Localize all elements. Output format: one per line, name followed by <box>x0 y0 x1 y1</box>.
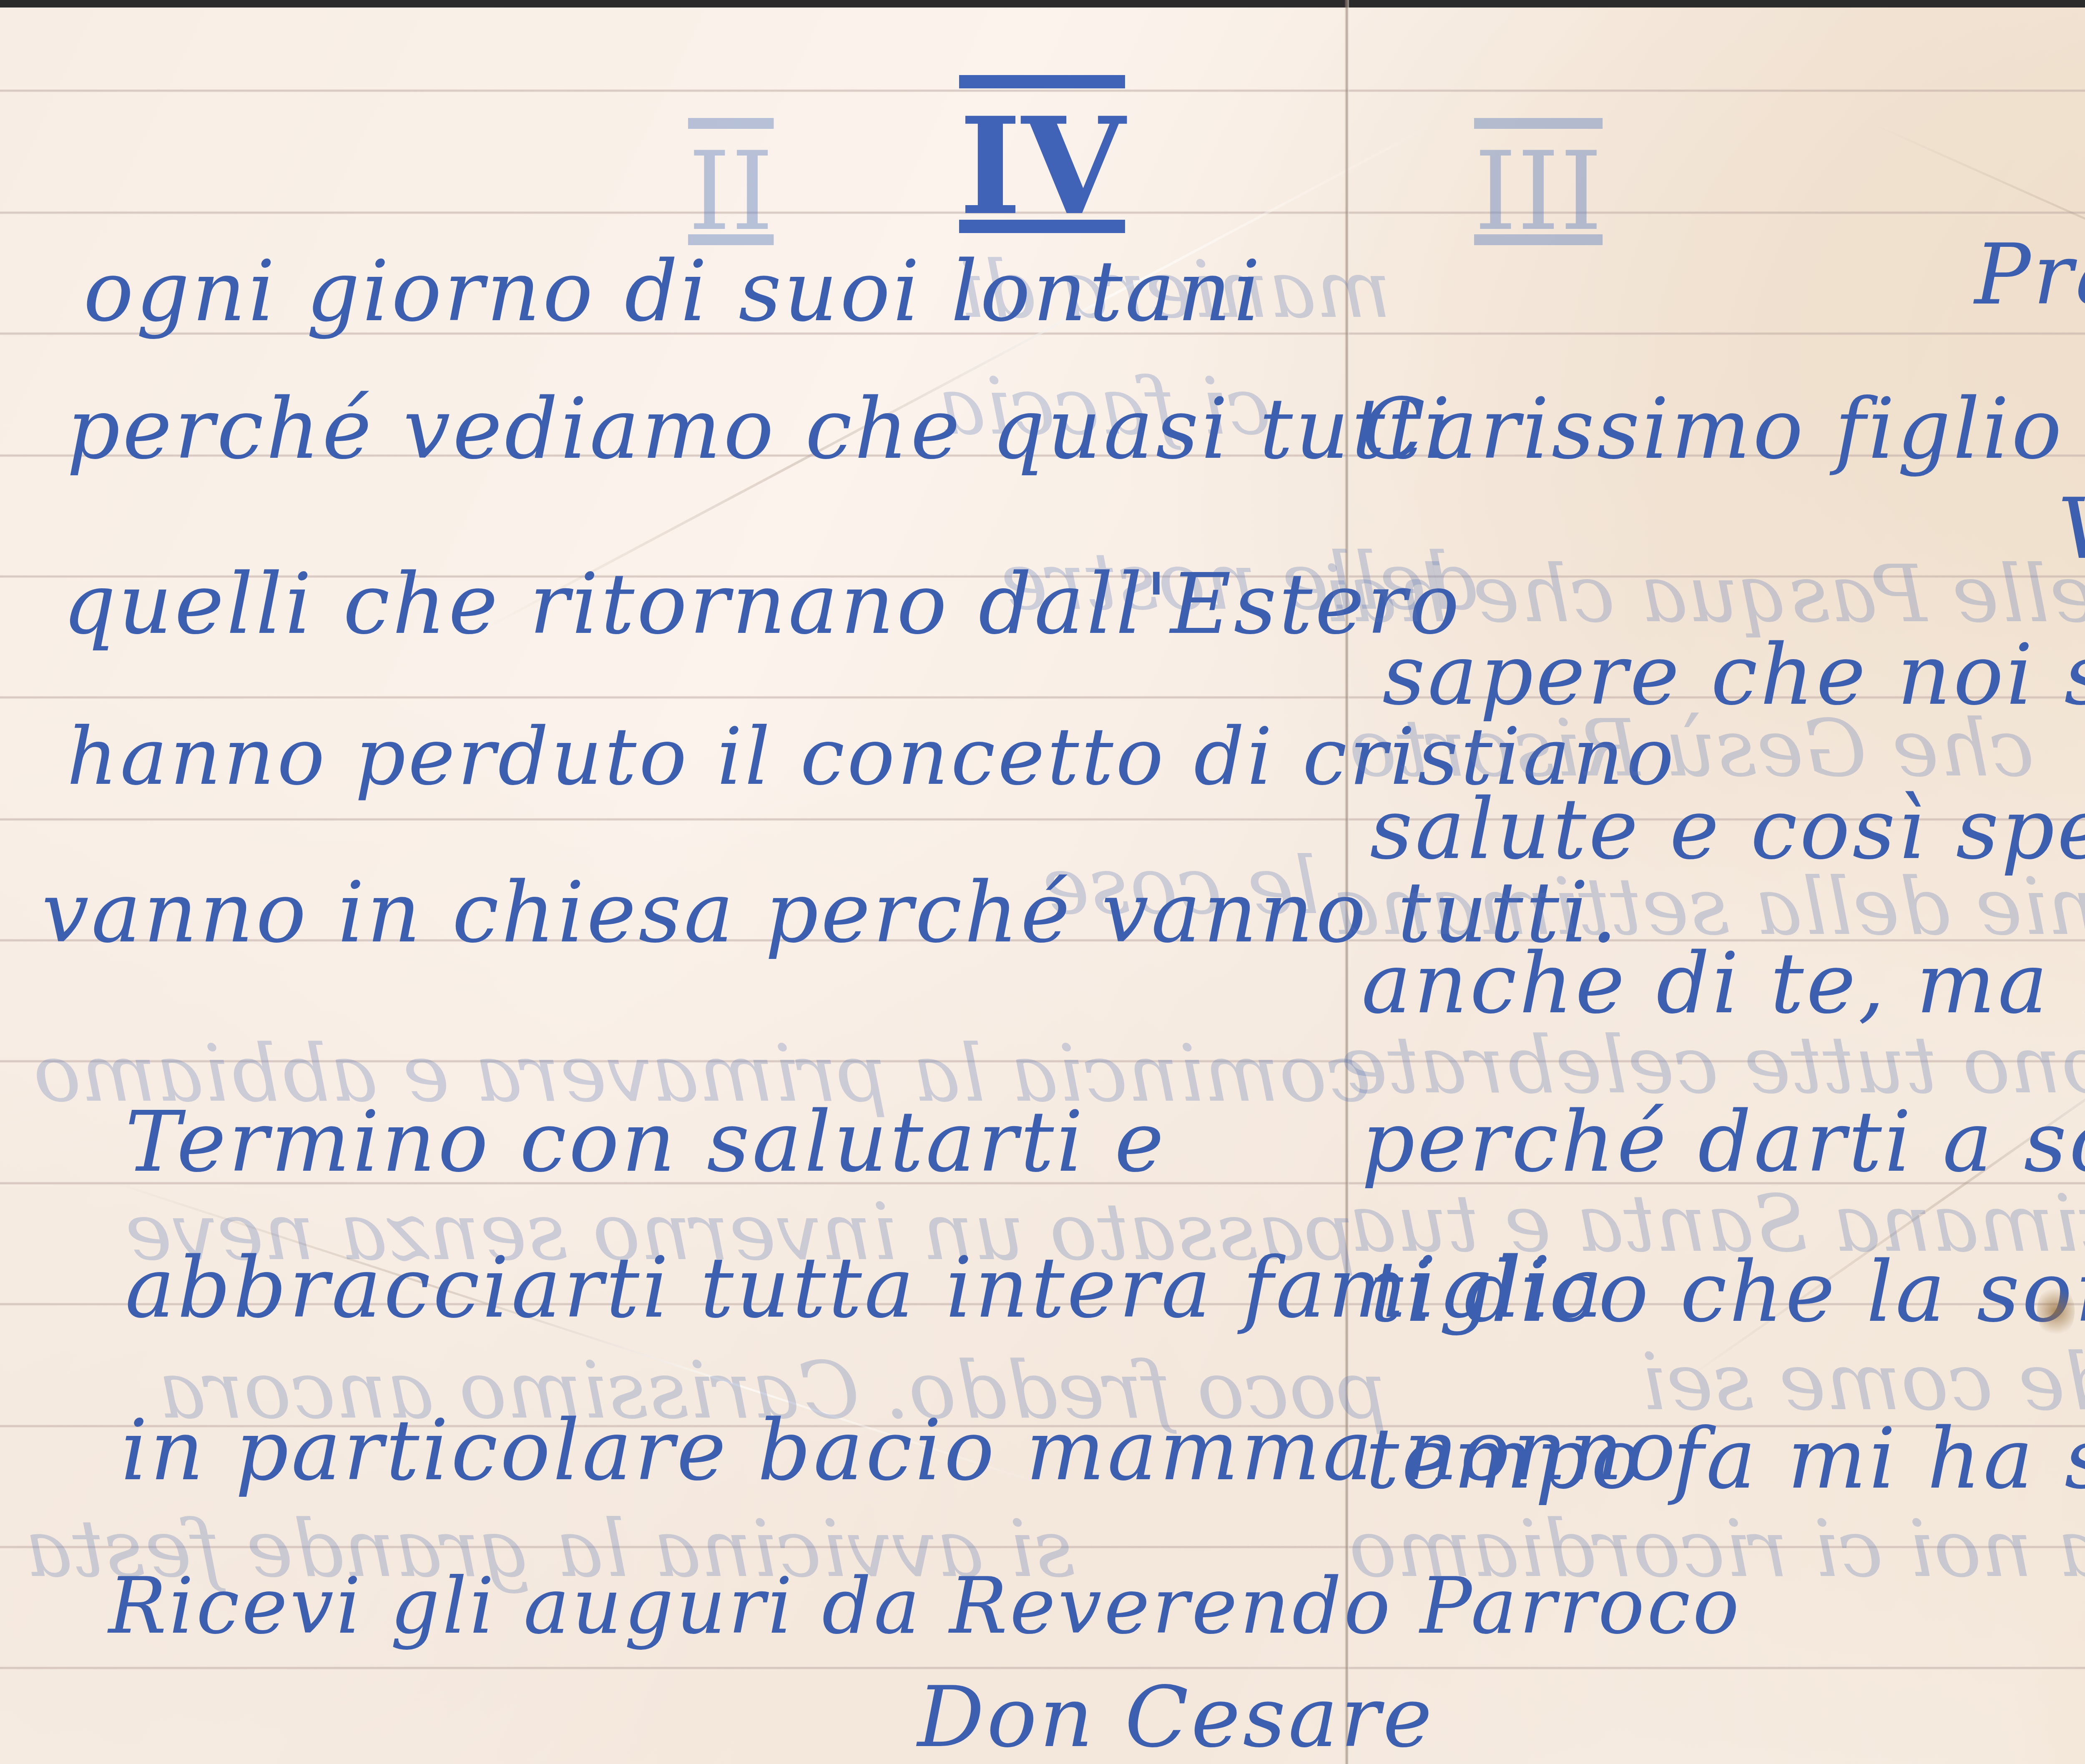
letter-line: ogni giorno di suoi lontani <box>83 250 1263 334</box>
bleed-through-text: da noi le cerimonie della settimana <box>1332 867 2085 946</box>
letter-line: salute e così speriamo che lo sia <box>1370 788 2085 871</box>
salutation: Carissimo figlio <box>1362 388 2064 471</box>
place-date: Pradarzi 11-3-50 <box>1974 233 2085 317</box>
ghost-page-numeral: III <box>1474 138 1603 246</box>
letter-line: tempo fa mi ha scritto che suo <box>1366 1418 2085 1501</box>
letter-line: Termino con salutarti e <box>125 1101 1166 1184</box>
letter-line: perché vediamo che quasi tutti <box>67 388 1453 471</box>
letter-line: perché darti a scriverni. Per prima <box>1362 1101 2085 1184</box>
left-page: maniera di ci faccia delle nostre le cos… <box>0 0 1345 1764</box>
bleed-through-text: prima che Italia noi ci ricordiamo <box>1349 1509 2085 1588</box>
bleed-through-text: che la fede come sei <box>1641 1342 2085 1422</box>
letter-line: Vengo a te fandoti <box>2058 488 2085 571</box>
letter-line: anche di te, ma noi con pensiero <box>1362 942 2085 1026</box>
right-page: ti faccio di mie belle Pasqua che hai ch… <box>1349 0 2085 1764</box>
ink-stain <box>2037 1284 2075 1338</box>
ghost-page-numeral: II <box>688 138 774 246</box>
bleed-through-text: Santa sono tutte celebrate <box>1341 1026 2085 1105</box>
letter-line: ti dico che la sorella Teresina <box>1370 1251 2085 1334</box>
bleed-through-text: di mie belle Pasqua che hai <box>1324 555 2085 634</box>
letter-line: sapere che noi siamo in ottima <box>1382 634 2085 717</box>
page-numeral: IV <box>959 100 1125 233</box>
letter-line: quelli che ritornano dall'Estero <box>63 563 1462 646</box>
letter-sheet: maniera di ci faccia delle nostre le cos… <box>0 0 2085 1764</box>
